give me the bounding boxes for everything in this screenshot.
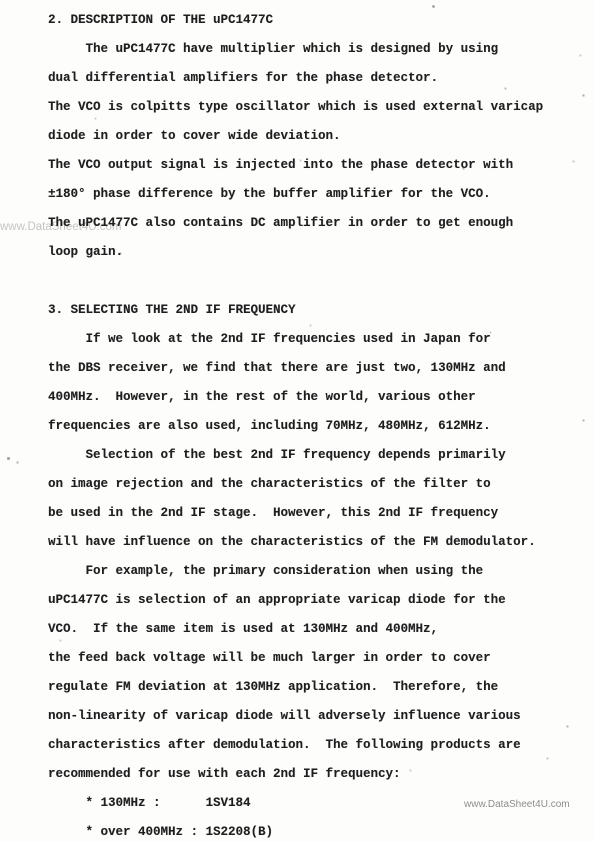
text-line: uPC1477C is selection of an appropriate … — [48, 586, 543, 615]
text-line: the feed back voltage will be much large… — [48, 644, 543, 673]
section-heading: 3. SELECTING THE 2ND IF FREQUENCY — [48, 296, 543, 325]
text-line: The VCO is colpitts type oscillator whic… — [48, 93, 543, 122]
text-line: the DBS receiver, we find that there are… — [48, 354, 543, 383]
text-line: recommended for use with each 2nd IF fre… — [48, 760, 543, 789]
text-line: VCO. If the same item is used at 130MHz … — [48, 615, 543, 644]
document-page: www.DataSheet4U.com www.DataSheet4U.com … — [0, 0, 595, 842]
text-line: If we look at the 2nd IF frequencies use… — [48, 325, 543, 354]
text-line: be used in the 2nd IF stage. However, th… — [48, 499, 543, 528]
section-description: 2. DESCRIPTION OF THE uPC1477C The uPC14… — [48, 6, 543, 267]
text-line: frequencies are also used, including 70M… — [48, 412, 543, 441]
text-line: For example, the primary consideration w… — [48, 557, 543, 586]
text-line: characteristics after demodulation. The … — [48, 731, 543, 760]
text-line: dual differential amplifiers for the pha… — [48, 64, 543, 93]
text-line: ±180° phase difference by the buffer amp… — [48, 180, 543, 209]
document-body: 2. DESCRIPTION OF THE uPC1477C The uPC14… — [48, 6, 543, 842]
text-line: on image rejection and the characteristi… — [48, 470, 543, 499]
text-line: The uPC1477C also contains DC amplifier … — [48, 209, 543, 238]
text-line: Selection of the best 2nd IF frequency d… — [48, 441, 543, 470]
section-heading: 2. DESCRIPTION OF THE uPC1477C — [48, 6, 543, 35]
scan-noise — [0, 0, 1, 1]
text-line: * 130MHz : 1SV184 — [48, 789, 543, 818]
text-line: loop gain. — [48, 238, 543, 267]
text-line: diode in order to cover wide deviation. — [48, 122, 543, 151]
text-line: The uPC1477C have multiplier which is de… — [48, 35, 543, 64]
text-line: will have influence on the characteristi… — [48, 528, 543, 557]
text-line: non-linearity of varicap diode will adve… — [48, 702, 543, 731]
section-selecting-2nd-if: 3. SELECTING THE 2ND IF FREQUENCY If we … — [48, 296, 543, 842]
text-line: * over 400MHz : 1S2208(B) — [48, 818, 543, 842]
text-line: regulate FM deviation at 130MHz applicat… — [48, 673, 543, 702]
text-line: The VCO output signal is injected into t… — [48, 151, 543, 180]
text-line: 400MHz. However, in the rest of the worl… — [48, 383, 543, 412]
